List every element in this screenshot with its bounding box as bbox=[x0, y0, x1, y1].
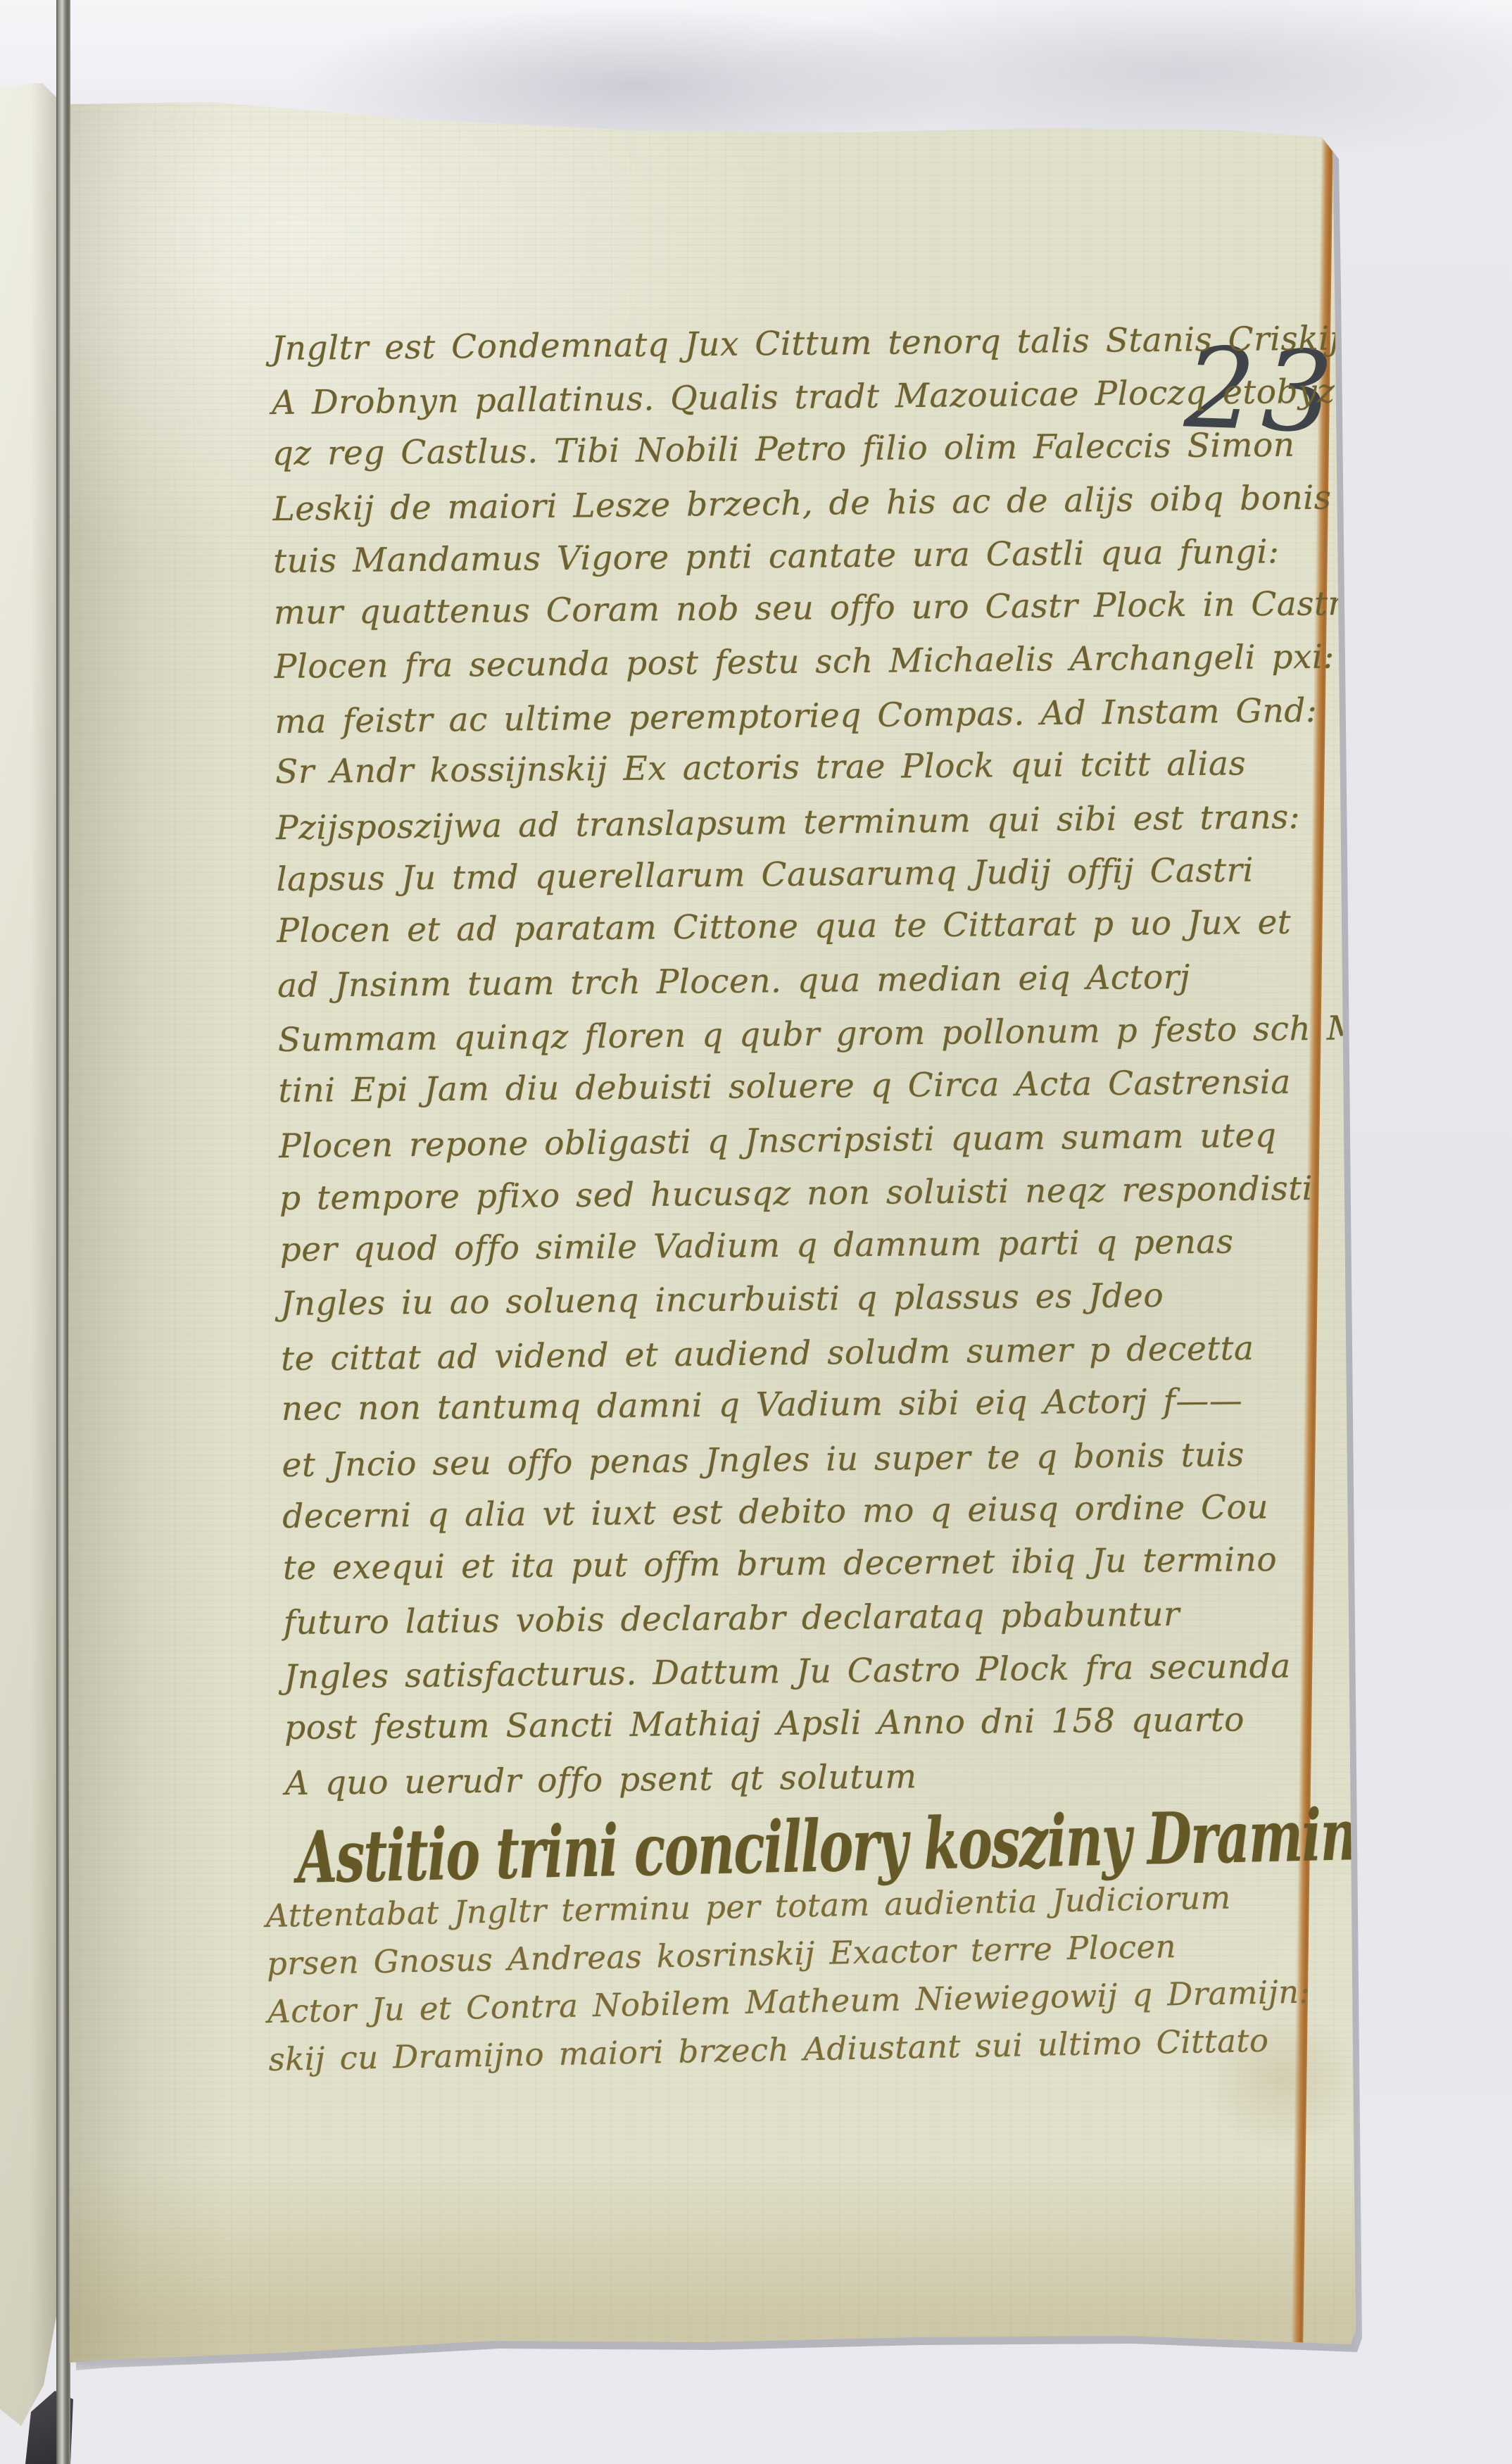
manuscript-page: 239 Jngltr est Condemnatq Jux Cittum ten… bbox=[60, 99, 1362, 2364]
entry-text-block: Attentabat Jngltr terminu per totam audi… bbox=[265, 1873, 1311, 2084]
text-line: nec non tantumq damni q Vadium sibi eiq … bbox=[281, 1373, 1451, 1436]
text-line: tini Epi Jam diu debuisti soluere q Circ… bbox=[278, 1055, 1448, 1118]
text-line: Sr Andr kossijnskij Ex actoris trae Ploc… bbox=[275, 736, 1445, 799]
body-text-block: Jngltr est Condemnatq Jux Cittum tenorq … bbox=[271, 311, 1455, 1809]
text-line: qz reg Castlus. Tibi Nobili Petro filio … bbox=[272, 417, 1442, 481]
text-line: Plocen et ad paratam Cittone qua te Citt… bbox=[277, 895, 1447, 958]
book-press-rod bbox=[56, 0, 70, 2464]
text-line: te exequi et ita put offm brum decernet … bbox=[283, 1532, 1453, 1595]
text-line: mur quattenus Coram nob seu offo uro Cas… bbox=[274, 577, 1444, 640]
text-line: per quod offo simile Vadium q damnum par… bbox=[279, 1214, 1449, 1277]
manuscript-photo: 239 Jngltr est Condemnatq Jux Cittum ten… bbox=[0, 0, 1512, 2464]
text-line: post festum Sancti Mathiaj Apsli Anno dn… bbox=[284, 1691, 1454, 1754]
